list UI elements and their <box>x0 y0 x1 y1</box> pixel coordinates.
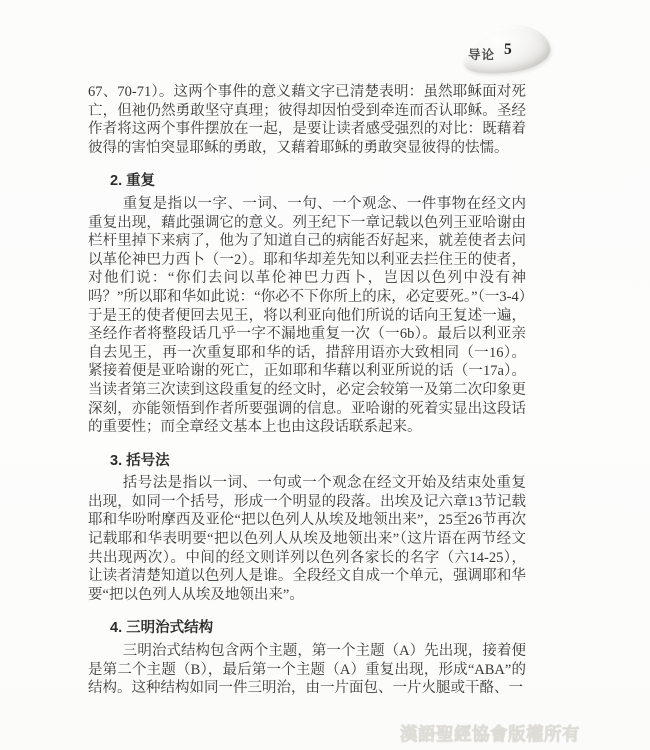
section-body-sandwich-structure: 三明治式结构包含两个主题，第一个主题（A）先出现，接着便是第二个主题（B），最后… <box>88 642 526 698</box>
section-heading-bracketing: 3. 括号法 <box>110 452 526 471</box>
page-number: 5 <box>504 41 512 59</box>
copyright-watermark: 漢語聖經協會版權所有 <box>400 721 580 746</box>
book-page: 导论 5 67、70-71）。这两个事件的意义藉文字已清楚表明：虽然耶稣面对死亡… <box>0 0 650 750</box>
section-heading-repetition: 2. 重复 <box>110 172 526 191</box>
section-body-bracketing: 括号法是指以一词、一句或一个观念在经文开始及结束处重复出现，如同一个括号，形成一… <box>88 474 526 604</box>
paragraph-continuation: 67、70-71）。这两个事件的意义藉文字已清楚表明：虽然耶稣面对死亡，但祂仍然… <box>88 83 526 157</box>
text-column: 67、70-71）。这两个事件的意义藉文字已清楚表明：虽然耶稣面对死亡，但祂仍然… <box>88 83 526 698</box>
section-body-repetition: 重复是指以一字、一词、一句、一个观念、一件事物在经文内重复出现，藉此强调它的意义… <box>88 195 526 437</box>
running-head-section-label: 导论 <box>468 45 495 63</box>
section-heading-sandwich-structure: 4. 三明治式结构 <box>110 619 526 638</box>
